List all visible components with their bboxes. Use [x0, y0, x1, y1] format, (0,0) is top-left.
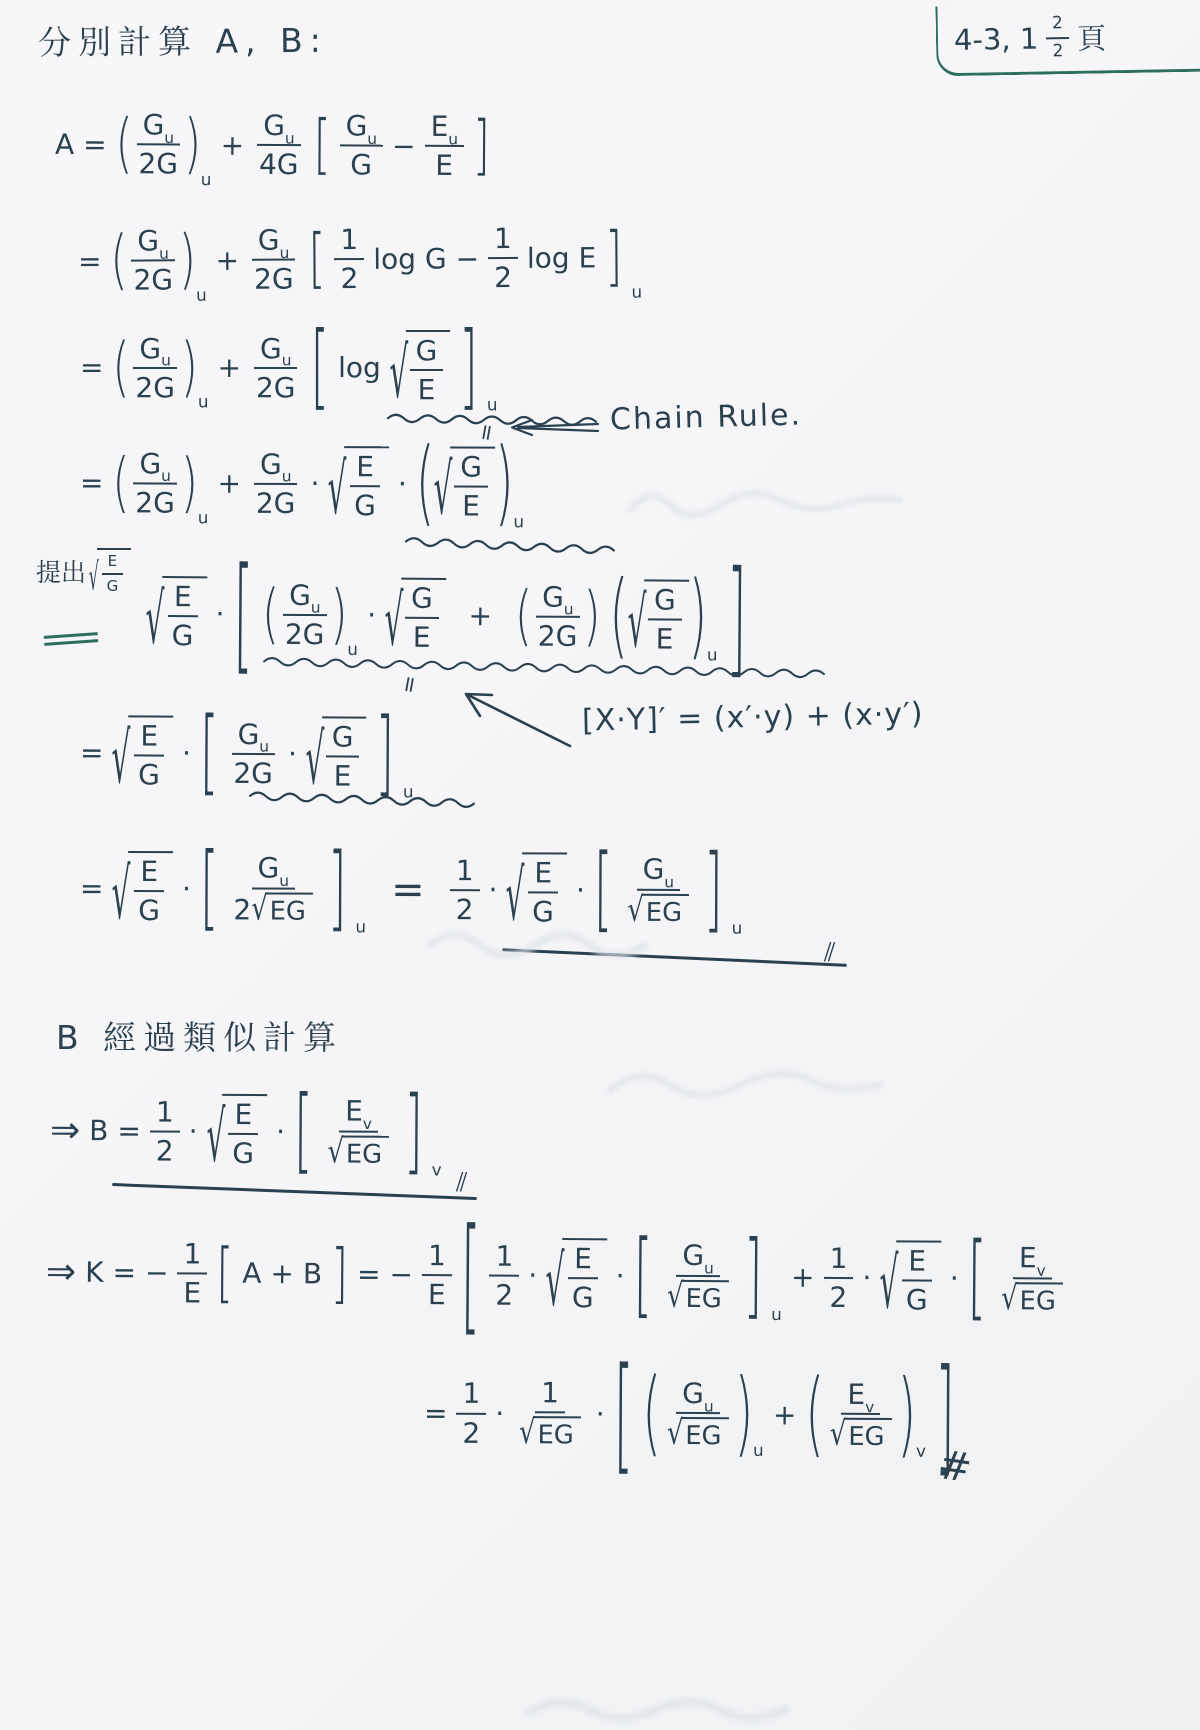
math-part: EG — [681, 1417, 728, 1451]
factor-out-text: 提出 — [36, 553, 86, 589]
symbol-A: A — [55, 128, 74, 161]
glyph: E — [418, 374, 436, 405]
math-part: E — [412, 371, 442, 405]
math-part: Gu √EG — [661, 1378, 735, 1452]
glyph: G — [572, 1282, 594, 1314]
math-part: E — [528, 857, 558, 893]
math-part: √EG — [321, 1132, 395, 1169]
math-part: GE — [410, 335, 444, 406]
math-part: G — [326, 721, 360, 758]
dot: · — [950, 1262, 959, 1295]
sqrt-E-over-G: √EG — [112, 851, 173, 927]
bleed-through-artifact — [600, 1055, 920, 1110]
math-part: 1 — [177, 1238, 207, 1275]
math-part: √EG — [667, 1279, 729, 1313]
glyph: u — [198, 394, 209, 411]
math-part: 1 — [334, 224, 364, 261]
glyph: u — [159, 247, 169, 262]
glyph: √ — [519, 1417, 536, 1451]
math-part: EG — [132, 856, 166, 927]
math-part: EG — [266, 892, 313, 926]
glyph: u — [704, 1399, 714, 1414]
math-part: 1 — [422, 1240, 452, 1277]
math-part: E — [134, 720, 164, 757]
fraction-half: 12 — [456, 1378, 486, 1449]
math-part: GE — [405, 583, 439, 654]
math-part: E — [568, 1243, 598, 1280]
math-part: 2√EG — [227, 889, 319, 926]
glyph: EG — [685, 1422, 721, 1451]
fraction: Ev √EG — [995, 1242, 1069, 1316]
glyph: u — [285, 131, 295, 146]
fraction: Gu4G — [253, 110, 305, 181]
math-part: E — [429, 147, 459, 182]
math-part: EG — [132, 720, 166, 791]
math-part: E — [134, 856, 164, 892]
math-part: 2 — [1046, 39, 1069, 61]
glyph: √ — [145, 585, 164, 655]
math-part: Gu — [133, 333, 176, 369]
glyph: E — [234, 1099, 252, 1130]
fraction-half: 12 — [488, 223, 518, 294]
math-part: 2G — [129, 369, 181, 403]
glyph: √ — [434, 456, 453, 526]
sqrt-E-over-G: √EG — [328, 446, 389, 522]
handwritten-math-note-page: { "page_title": "分別計算 A, B:", "page_tag"… — [0, 0, 1200, 1730]
fraction-half: 12 — [489, 1240, 519, 1311]
glyph: √ — [206, 1103, 225, 1173]
math-part: EG — [226, 1099, 260, 1170]
math-part: Gu2G — [279, 579, 331, 650]
math-part: Gu — [637, 854, 681, 891]
log: log — [527, 241, 570, 274]
math-part: 2G — [250, 369, 302, 403]
glyph: 1 — [456, 855, 474, 886]
glyph: u — [631, 284, 642, 301]
glyph: u — [280, 246, 290, 261]
math-part: EG — [128, 851, 173, 927]
bleed-through-artifact — [520, 1690, 800, 1730]
math-part: 2 — [334, 260, 364, 295]
paren-group: ( Gu2G ) — [515, 581, 601, 652]
math-part: EG — [896, 1240, 941, 1316]
dot: · — [182, 873, 191, 906]
equals-wide: = — [391, 867, 425, 913]
glyph: G — [258, 225, 280, 257]
math-part: √EG — [830, 1418, 892, 1452]
math-part: G — [454, 452, 488, 488]
math-part: 4G — [253, 146, 305, 181]
sqrt-E-over-G: √EG — [112, 715, 173, 791]
math-part: √EG — [661, 1414, 735, 1451]
sqrt-E-over-G-small: √EG — [89, 548, 131, 595]
math-part: Gu2G — [532, 581, 584, 652]
math-part: E — [168, 581, 198, 618]
sqrt-G-over-E: √GE — [390, 330, 451, 406]
math-part — [250, 792, 474, 807]
sqrt-E-over-G: √EG — [546, 1238, 607, 1314]
math-part: G — [410, 335, 444, 371]
glyph: 2G — [135, 487, 175, 518]
math-part: E — [228, 1099, 258, 1136]
paren-group: ( Gu2G )u — [110, 225, 207, 296]
glyph: EG — [270, 897, 306, 926]
formula-line-a4: = ( Gu2G )u + Gu2G · √EG · ( √GE )u — [80, 445, 524, 522]
math-part: 2 — [489, 1276, 519, 1311]
math-part: Ev — [841, 1379, 880, 1416]
math-part: Gu — [536, 581, 580, 618]
page-number-tag: 4-3, 1 2 2 頁 — [935, 2, 1200, 77]
math-part — [430, 935, 645, 955]
math-part: G — [900, 1282, 934, 1317]
glyph: u — [513, 513, 524, 530]
formula-line-a5: √EG · [ ( Gu2G )u · √GE + ( Gu2G ) ( √GE… — [146, 576, 747, 656]
glyph: G — [460, 452, 482, 483]
glyph: u — [282, 354, 292, 369]
symbol-A: A — [242, 1257, 261, 1290]
glyph: 2 — [829, 1282, 847, 1313]
math-part: 1 — [489, 1240, 519, 1277]
fraction: Gu2G — [227, 718, 279, 789]
dot: · — [367, 599, 376, 632]
page-title: 分別計算 A, B: — [38, 15, 328, 65]
math-part: Gu — [283, 579, 327, 616]
math-part: EG — [844, 1418, 891, 1452]
fraction: 1 √EG — [513, 1377, 587, 1451]
symbol-E: E — [579, 241, 597, 274]
glyph: √ — [89, 559, 99, 597]
math-part: E — [177, 1274, 207, 1309]
glyph: G — [682, 1378, 704, 1409]
glyph: E — [334, 761, 352, 792]
page-tag-prefix: 4-3, 1 — [954, 21, 1039, 56]
glyph: G — [411, 583, 433, 615]
formula-line-a6: = √EG · [ Gu2G · √GE ] u — [80, 715, 414, 792]
bleed-through-artifact — [420, 915, 680, 970]
formula-line-b1: ⇒ B = 12 · √EG · [ Ev √EG ] v — [50, 1093, 442, 1171]
math-part: EG — [900, 1245, 934, 1316]
math-part: √EG — [667, 1417, 729, 1451]
glyph: 2G — [138, 149, 178, 181]
math-part: EG — [562, 1238, 607, 1314]
plus: + — [270, 1257, 294, 1290]
math-part: G — [648, 584, 682, 621]
glyph: u — [664, 875, 674, 890]
dot: · — [596, 1398, 605, 1431]
glyph: E — [908, 1245, 926, 1276]
glyph: √ — [328, 455, 347, 525]
math-part: Gu — [676, 1378, 720, 1415]
end-mark: ⫽ — [824, 938, 836, 969]
plus: + — [215, 244, 239, 277]
glyph: G — [682, 1240, 704, 1272]
math-part: G — [132, 892, 166, 926]
math-part: GE — [454, 452, 488, 523]
equals: = — [117, 1115, 141, 1148]
equals: = — [424, 1397, 448, 1430]
glyph: √ — [112, 724, 131, 794]
plus: + — [773, 1399, 797, 1432]
math-part: Ev — [339, 1096, 378, 1133]
symbol-G: G — [425, 242, 447, 275]
double-equals-bar — [44, 632, 99, 646]
glyph: G — [172, 620, 194, 652]
log: log — [373, 242, 416, 275]
glyph: G — [258, 853, 280, 884]
glyph: 2 — [233, 894, 251, 925]
math-part: 1 — [456, 1378, 486, 1415]
math-part: Ev — [1013, 1242, 1052, 1279]
math-part: G — [101, 575, 125, 595]
math-part: GE — [450, 447, 495, 523]
math-part: Gu — [340, 110, 384, 147]
dot: · — [310, 467, 319, 500]
math-part: EG — [166, 581, 200, 652]
paren-group: ( Gu √EG )u — [642, 1378, 764, 1452]
math-part: Gu2G — [129, 333, 181, 404]
fraction: 1E — [422, 1240, 452, 1311]
formula-line-a2: = ( Gu2G )u + Gu2G [ 12 log G − 12 log E… — [78, 222, 642, 297]
math-part: E — [456, 488, 486, 522]
symbol-B: B — [89, 1115, 108, 1148]
math-part: GE — [326, 721, 360, 792]
math-part: 2G — [250, 485, 302, 520]
math-part: E — [650, 621, 680, 656]
plus: + — [218, 351, 241, 384]
dot: · — [276, 1116, 285, 1149]
equals: = — [78, 245, 102, 278]
math-part: 2G — [248, 261, 300, 296]
dot: · — [189, 1115, 198, 1148]
glyph: √ — [545, 1247, 564, 1317]
math-part — [630, 494, 900, 515]
glyph: E — [431, 111, 449, 142]
glyph: 2G — [133, 265, 173, 297]
math-part: 2G — [227, 755, 279, 790]
glyph: G — [260, 448, 282, 479]
math-part: Gu — [137, 109, 181, 146]
math-part: GE — [401, 578, 446, 654]
glyph: v — [432, 1161, 442, 1178]
math-part: EG — [1015, 1282, 1062, 1316]
glyph: 2G — [233, 758, 273, 790]
math-part — [512, 420, 598, 435]
glyph: 2G — [256, 372, 296, 403]
dot: · — [288, 738, 297, 771]
math-part: EG — [344, 446, 389, 522]
dot: · — [398, 468, 407, 501]
glyph: Chain Rule. — [610, 397, 803, 437]
math-part: Gu — [257, 110, 301, 147]
page-tag-fraction: 2 2 — [1046, 15, 1070, 61]
math-part: 1 — [150, 1096, 180, 1133]
glyph: v — [1036, 1264, 1045, 1279]
fraction: Ev √EG — [321, 1096, 395, 1170]
glyph: E — [462, 491, 480, 522]
glyph: u — [448, 132, 458, 147]
glyph: √ — [667, 1418, 684, 1452]
math-part: EG — [101, 553, 125, 595]
chain-rule-label: Chain Rule. — [610, 397, 803, 437]
glyph: √ — [112, 860, 131, 930]
sqrt-E-over-G: √EG — [146, 576, 207, 652]
math-part: E — [407, 619, 437, 654]
math-part: Gu — [252, 224, 296, 261]
glyph: u — [201, 171, 212, 188]
glyph: 2G — [135, 372, 175, 403]
fraction-half: 12 — [334, 224, 364, 295]
fraction: Gu2G — [132, 109, 184, 180]
math-part: EG — [533, 1417, 580, 1451]
sqrt-G-over-E: √GE — [434, 446, 495, 522]
math-part: G — [405, 583, 439, 620]
fraction-half: 12 — [150, 1096, 180, 1167]
glyph: 1 — [495, 1240, 513, 1271]
fraction-half: 12 — [823, 1242, 853, 1313]
math-part: Ev √EG — [824, 1379, 898, 1453]
math-part: Gu — [252, 853, 296, 890]
glyph: G — [260, 333, 282, 364]
math-part — [466, 694, 570, 746]
sqrt-G-over-E: √GE — [385, 578, 446, 654]
paren-group: ( Gu2G )u — [262, 579, 359, 650]
glyph: G — [654, 584, 676, 616]
glyph: EG — [848, 1423, 884, 1452]
sqrt-G-over-E: √GE — [306, 716, 367, 792]
glyph: √ — [251, 893, 268, 927]
glyph: u — [311, 601, 321, 616]
product-rule-label: [X·Y]′ = (x′·y) + (x·y′) — [582, 696, 924, 738]
math-part: √EG — [327, 1135, 389, 1169]
glyph: G — [350, 150, 372, 181]
implies-arrow: ⇒ — [50, 1110, 80, 1151]
glyph: E — [345, 1096, 363, 1127]
math-part: 2G — [532, 617, 584, 652]
math-part: √EG — [513, 1413, 587, 1450]
glyph: G — [139, 448, 161, 479]
math-part: √EG — [824, 1415, 898, 1452]
fraction: 1E — [177, 1238, 207, 1309]
paren-group: ( Ev √EG )v — [805, 1379, 926, 1453]
math-part — [610, 1074, 880, 1095]
glyph: u — [259, 740, 269, 755]
glyph: √ — [305, 725, 324, 795]
math-part: G — [566, 1279, 600, 1314]
glyph: G — [263, 110, 285, 141]
minus: − — [456, 242, 480, 275]
dot: · — [182, 737, 191, 770]
glyph: 4G — [259, 149, 299, 181]
log: log — [338, 351, 381, 384]
math-part: EG — [222, 1094, 267, 1170]
product-rule-arrow — [452, 684, 574, 750]
glyph: v — [363, 1117, 372, 1132]
math-part: E — [328, 758, 358, 793]
glyph: u — [355, 918, 366, 935]
math-part: 2 — [488, 259, 518, 294]
math-part: EG — [128, 715, 173, 791]
math-part: G — [344, 147, 378, 182]
math-part: Gu — [254, 333, 297, 369]
glyph: 1 — [541, 1377, 559, 1408]
glyph: EG — [685, 1285, 721, 1314]
equals: = — [80, 467, 104, 500]
math-part: 2G — [132, 146, 184, 181]
math-part: G — [166, 617, 200, 652]
math-part: EG — [348, 451, 382, 522]
math-part: √EG — [1001, 1282, 1063, 1316]
glyph: 1 — [494, 223, 512, 254]
minus: − — [392, 129, 416, 162]
glyph: u — [161, 354, 171, 369]
glyph: u — [771, 1306, 782, 1323]
math-part: 1 — [488, 223, 518, 260]
glyph: G — [289, 579, 311, 611]
paren-group: ( Gu2G )u — [112, 333, 208, 404]
glyph: u — [564, 603, 574, 618]
glyph: E — [435, 150, 453, 181]
math-part: E — [350, 451, 380, 487]
equals-mark: = — [395, 673, 423, 695]
glyph: E — [1019, 1242, 1037, 1273]
math-part: EG — [342, 1135, 389, 1169]
glyph: G — [643, 854, 665, 885]
paren-group: ( Gu2G )u — [112, 448, 208, 519]
glyph: √ — [327, 1136, 344, 1170]
math-part: √EG — [251, 892, 313, 926]
glyph: √ — [384, 587, 403, 657]
math-part: 2 — [456, 1414, 486, 1449]
glyph: G — [332, 721, 354, 752]
glyph: u — [707, 646, 718, 663]
equals: = — [112, 1256, 136, 1289]
glyph: G — [137, 225, 159, 257]
glyph: E — [140, 856, 158, 887]
glyph: 2G — [538, 621, 578, 653]
math-part: EG — [97, 548, 132, 595]
formula-line-k1: ⇒ K = − 1E [ A + B ] = − 1E [ 12 · √EG ·… — [46, 1234, 1070, 1317]
glyph: 2 — [462, 1417, 480, 1448]
glyph: √ — [880, 1249, 899, 1319]
formula-line-k2: = 12 · 1 √EG · [ ( Gu √EG )u + ( Ev √EG … — [424, 1377, 955, 1453]
math-part: 1 — [535, 1377, 565, 1414]
bleed-through-artifact — [620, 470, 920, 530]
math-part: GE — [648, 584, 682, 655]
math-part: EG — [566, 1243, 600, 1314]
glyph: 2G — [285, 619, 325, 651]
glyph: G — [139, 333, 161, 364]
symbol-K: K — [85, 1256, 104, 1289]
plus: + — [217, 467, 241, 500]
glyph: G — [138, 760, 160, 791]
math-part: 2 — [1046, 15, 1069, 39]
glyph: G — [232, 1138, 254, 1169]
glyph: u — [161, 469, 171, 484]
sqrt-E-over-G: √EG — [206, 1094, 267, 1170]
math-part: Gu — [254, 448, 298, 485]
glyph: E — [174, 581, 192, 612]
math-part: Gu — [133, 448, 177, 485]
sqrt-E-over-G: √EG — [880, 1240, 941, 1316]
glyph: G — [346, 110, 368, 141]
glyph: E — [356, 451, 374, 482]
math-part: 2 — [823, 1279, 853, 1314]
glyph: G — [238, 718, 260, 749]
math-part: Gu — [131, 225, 175, 262]
equals: = — [83, 128, 107, 161]
glyph: E — [413, 622, 431, 653]
page-title-text: 分別計算 A, B: — [38, 15, 328, 65]
